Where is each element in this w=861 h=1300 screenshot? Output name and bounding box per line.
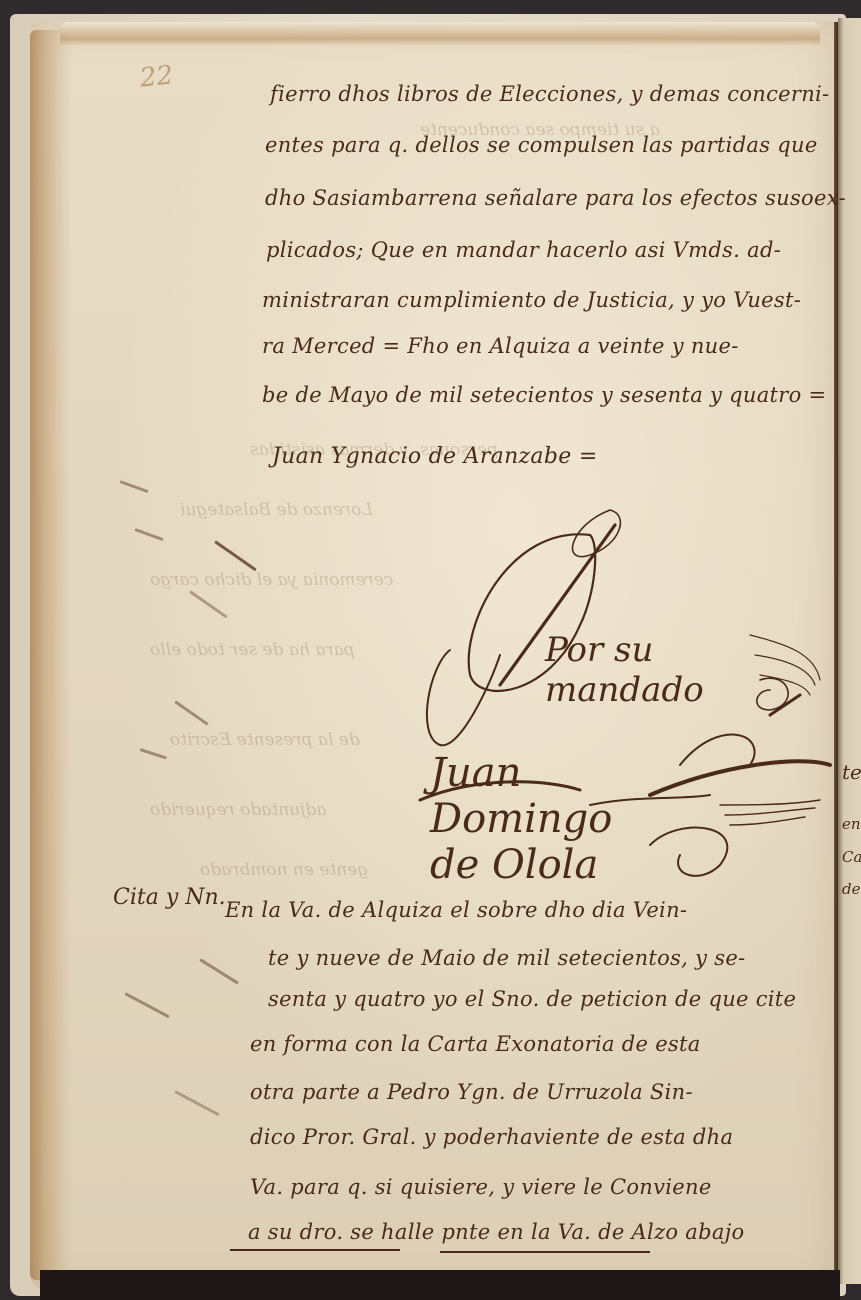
facing-page-fragment: Ca <box>842 848 861 866</box>
underline-rule <box>440 1251 650 1253</box>
text-line: te y nueve de Maio de mil setecientos, y… <box>268 946 745 970</box>
bleed-through-text: ceremonia ya el dicho cargo <box>150 570 393 590</box>
text-line: ministraran cumplimiento de Justicia, y … <box>262 288 801 312</box>
text-line: Va. para q. si quisiere, y viere le Conv… <box>250 1175 712 1199</box>
bleed-through-text: adjuntado requerido <box>150 800 326 820</box>
margin-label: Cita y Nn. <box>113 885 226 910</box>
text-line: a su dro. se halle pnte en la Va. de Alz… <box>248 1220 744 1244</box>
underline-rule <box>230 1249 400 1251</box>
signature-phrase: Por su mandado <box>545 630 704 710</box>
text-line: En la Va. de Alquiza el sobre dho dia Ve… <box>225 898 687 922</box>
bleed-through-text: de la presente Escrito <box>170 730 360 750</box>
top-edge-stain <box>60 22 820 46</box>
text-line: dho Sasiambarrena señalare para los efec… <box>265 186 846 210</box>
bleed-through-text: gente en nombrado <box>200 860 368 880</box>
text-line: otra parte a Pedro Ygn. de Urruzola Sin- <box>250 1080 693 1104</box>
bottom-shadow <box>40 1270 840 1300</box>
text-line: ra Merced = Fho en Alquiza a veinte y nu… <box>262 334 739 358</box>
folio-number: 22 <box>139 60 175 93</box>
left-edge-stain <box>30 30 72 1280</box>
text-line: be de Mayo de mil setecientos y sesenta … <box>262 383 826 407</box>
bleed-through-text: para ha de ser todo ello <box>150 640 355 660</box>
text-line: en forma con la Carta Exonatoria de esta <box>250 1032 701 1056</box>
text-line: senta y quatro yo el Sno. de peticion de… <box>268 987 796 1011</box>
facing-page-fragment: en <box>842 815 861 833</box>
facing-page-fragment: de <box>842 880 860 898</box>
text-line: plicados; Que en mandar hacerlo asi Vmds… <box>266 238 781 262</box>
author-signature: Juan Ygnacio de Aranzabe = <box>272 444 598 469</box>
signature-name: Juan Domingo de Olola <box>430 750 612 888</box>
text-line: fierro dhos libros de Elecciones, y dema… <box>270 82 829 106</box>
bleed-through-text: Lorenzo de Balsategui <box>180 500 373 520</box>
text-line: dico Pror. Gral. y poderhaviente de esta… <box>250 1125 733 1149</box>
facing-page-fragment: te <box>842 760 861 784</box>
text-line: entes para q. dellos se compulsen las pa… <box>265 133 818 157</box>
